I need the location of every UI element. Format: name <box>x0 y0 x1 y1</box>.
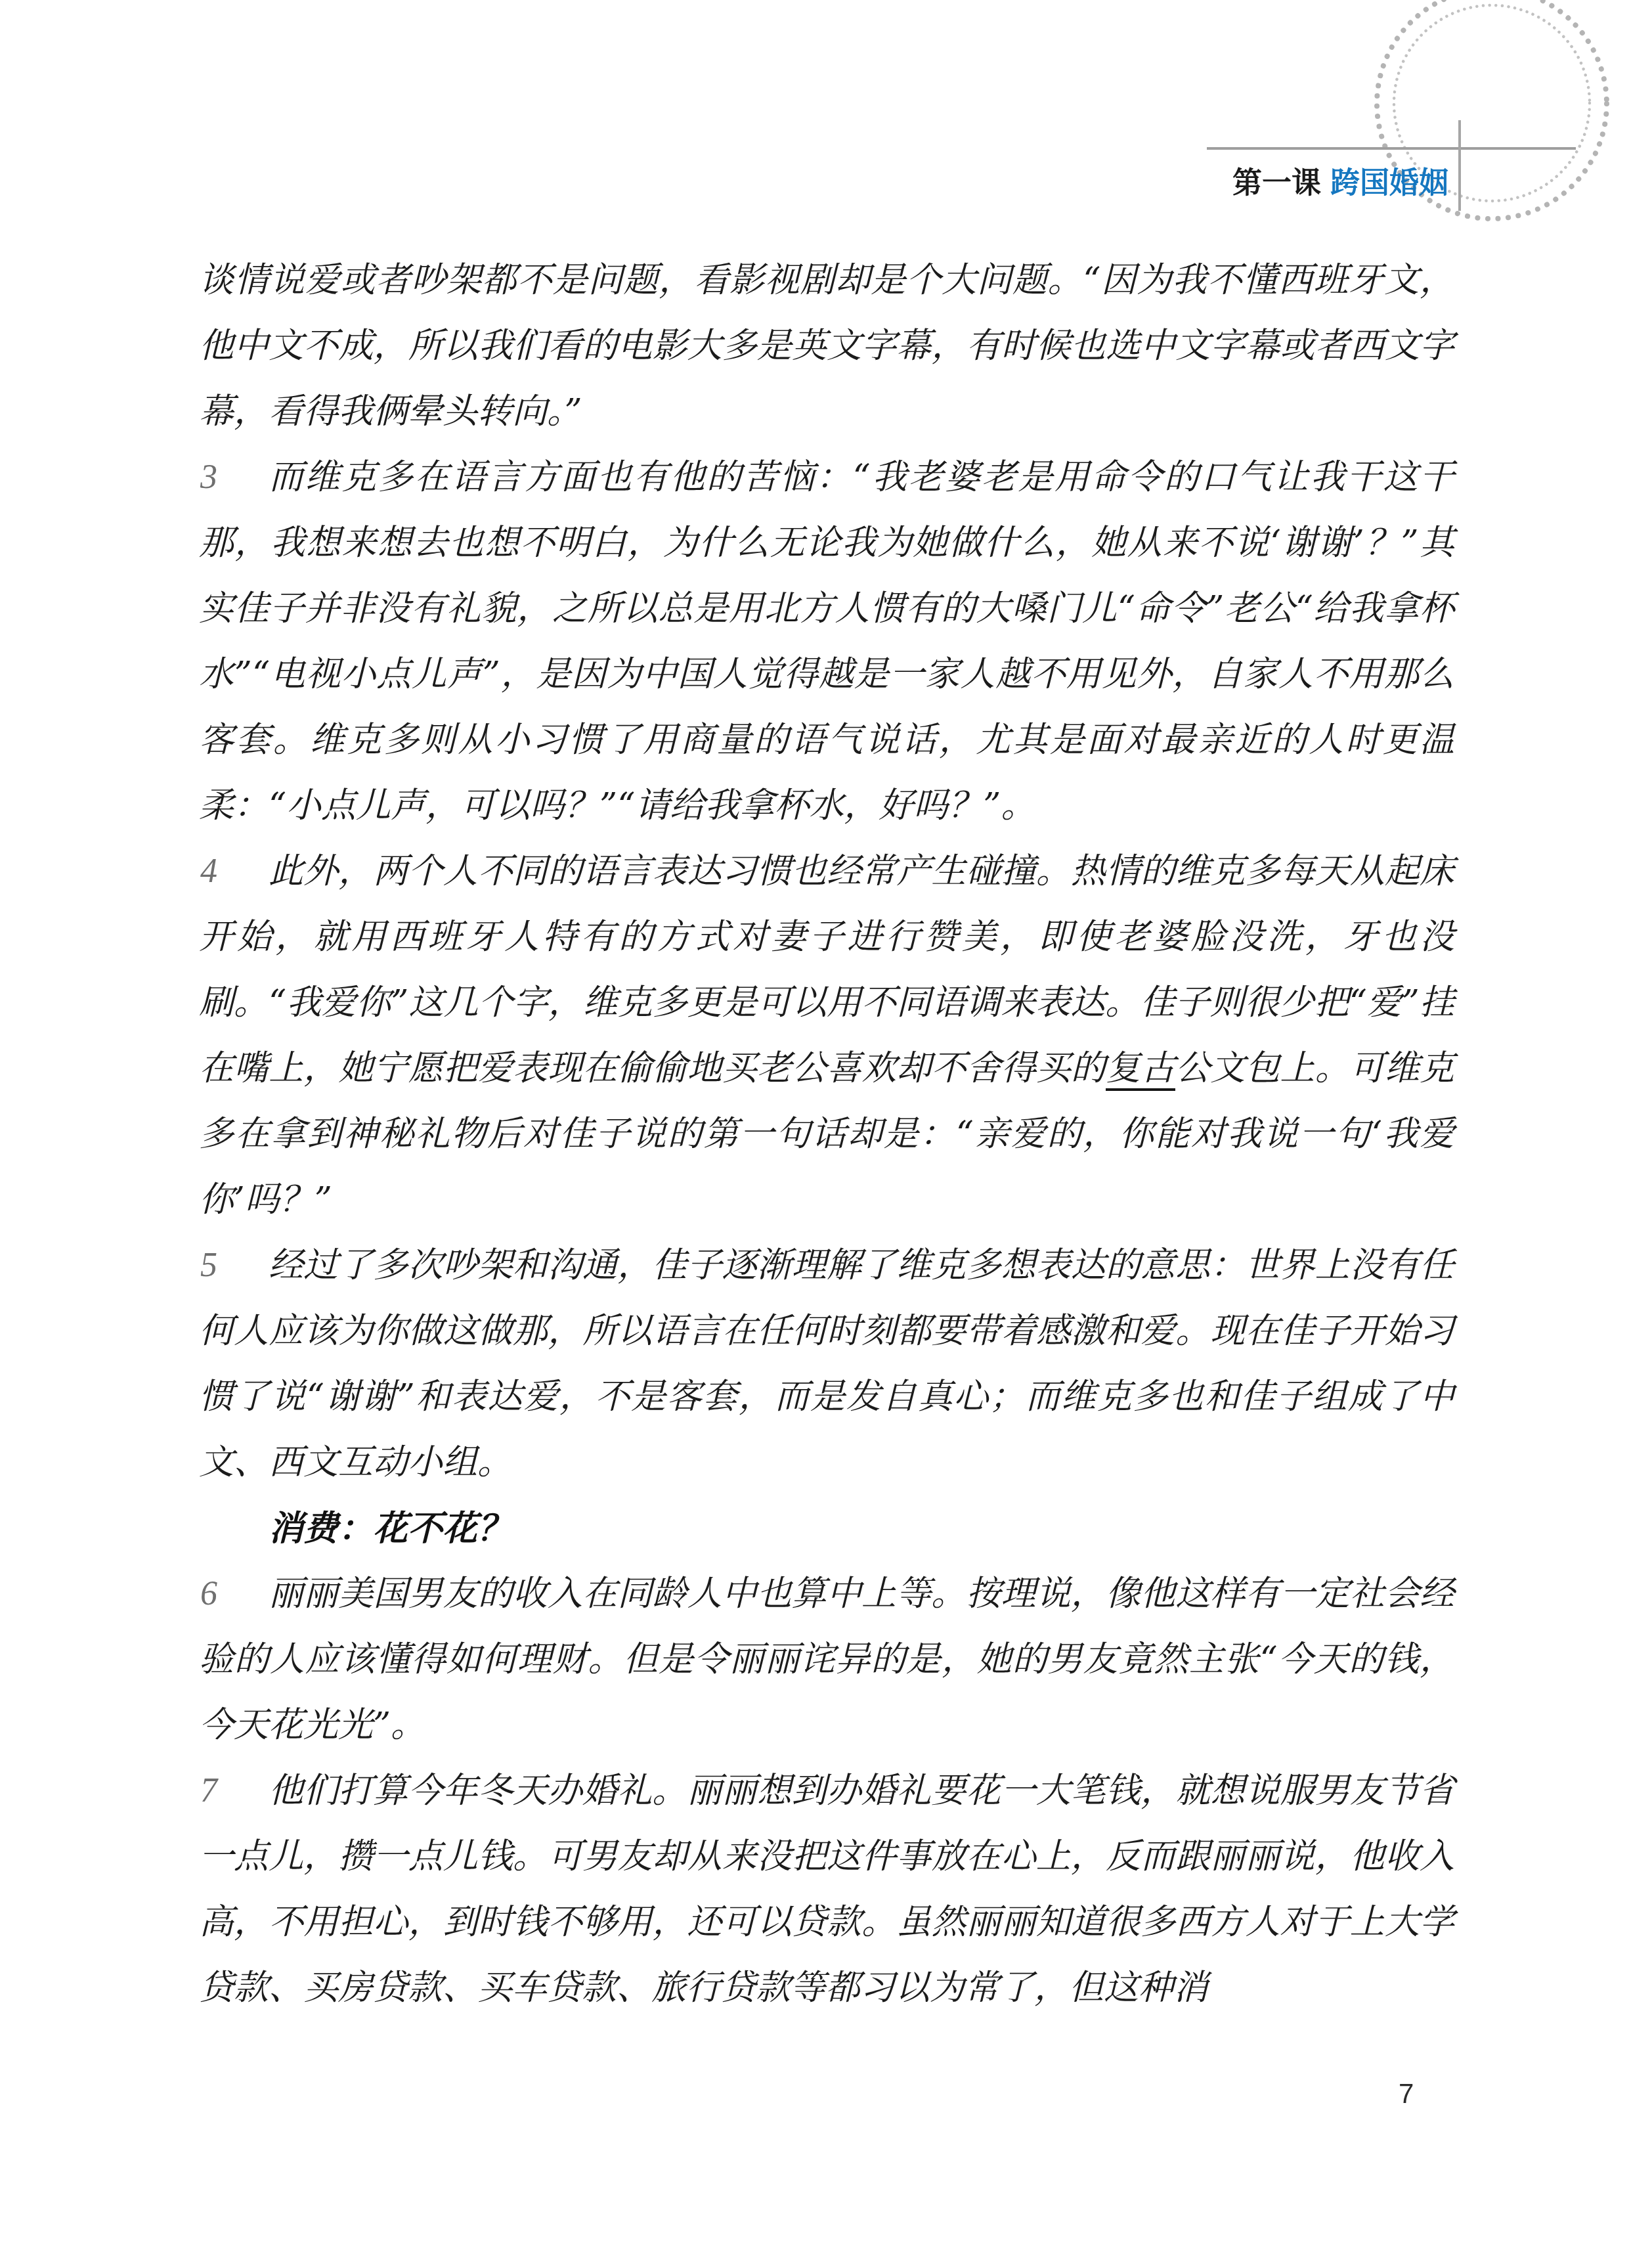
paragraph-3-text: 而维克多在语言方面也有他的苦恼：“我老婆老是用命令的口气让我干这干那，我想来想去… <box>199 457 1454 826</box>
paragraph-continuation: 谈情说爱或者吵架都不是问题，看影视剧却是个大问题。“因为我不懂西班牙文，他中文不… <box>199 248 1454 445</box>
page-number: 7 <box>1399 2079 1414 2108</box>
paragraph-4-number: 4 <box>200 839 217 904</box>
paragraph-5-text: 经过了多次吵架和沟通，佳子逐渐理解了维克多想表达的意思：世界上没有任何人应该为你… <box>199 1245 1454 1482</box>
paragraph-3: 3 而维克多在语言方面也有他的苦恼：“我老婆老是用命令的口气让我干这干那，我想来… <box>199 445 1454 839</box>
paragraph-7-text: 他们打算今年冬天办婚礼。丽丽想到办婚礼要花一大笔钱，就想说服男友节省一点儿，攒一… <box>199 1771 1454 2008</box>
running-head: 第一课跨国婚姻 <box>1232 164 1448 202</box>
paragraph-4: 4 此外，两个人不同的语言表达习惯也经常产生碰撞。热情的维克多每天从起床开始，就… <box>199 839 1454 1233</box>
section-heading: 消费：花不花？ <box>199 1495 1454 1561</box>
paragraph-5-number: 5 <box>200 1233 217 1298</box>
paragraph-3-number: 3 <box>200 445 217 510</box>
lesson-number: 第一课 <box>1232 166 1321 200</box>
paragraph-7-number: 7 <box>200 1758 217 1824</box>
paragraph-5: 5 经过了多次吵架和沟通，佳子逐渐理解了维克多想表达的意思：世界上没有任何人应该… <box>199 1233 1454 1495</box>
paragraph-continuation-text: 谈情说爱或者吵架都不是问题，看影视剧却是个大问题。“因为我不懂西班牙文，他中文不… <box>199 260 1454 432</box>
paragraph-6-text: 丽丽美国男友的收入在同龄人中也算中上等。按理说，像他这样有一定社会经验的人应该懂… <box>199 1574 1454 1745</box>
header-vertical-rule <box>1458 120 1461 211</box>
paragraph-7: 7 他们打算今年冬天办婚礼。丽丽想到办婚礼要花一大笔钱，就想说服男友节省一点儿，… <box>199 1758 1454 2021</box>
paragraph-4-underlined-word: 复古 <box>1106 1048 1175 1091</box>
lesson-text: 谈情说爱或者吵架都不是问题，看影视剧却是个大问题。“因为我不懂西班牙文，他中文不… <box>199 248 1454 2021</box>
header-horizontal-rule <box>1207 147 1576 150</box>
paragraph-6: 6 丽丽美国男友的收入在同龄人中也算中上等。按理说，像他这样有一定社会经验的人应… <box>199 1561 1454 1758</box>
paragraph-6-number: 6 <box>200 1561 217 1627</box>
lesson-title: 跨国婚姻 <box>1330 166 1448 200</box>
